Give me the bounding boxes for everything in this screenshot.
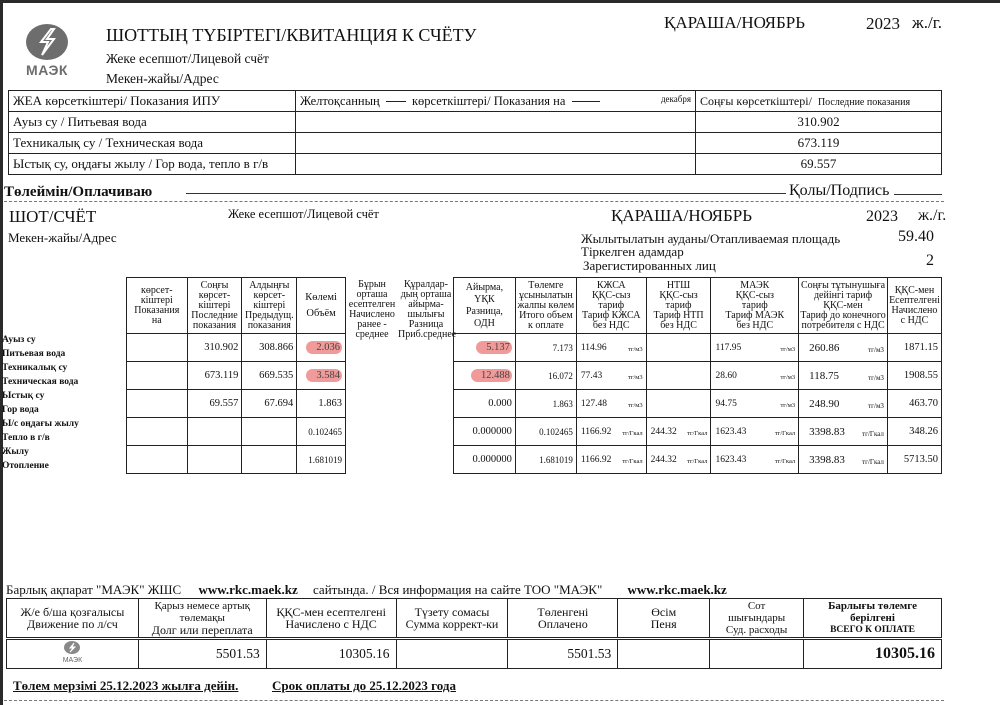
cell-volume: 1.863 (297, 390, 346, 418)
cell-diff: 0.000000 (454, 446, 516, 474)
header-total: Барлығы төлемгеберілгеніВСЕГО К ОПЛАТЕ (804, 599, 942, 639)
cell-prev: 308.866 (242, 334, 297, 362)
cell-charged: 348.26 (887, 418, 941, 446)
cell-volume: 3.584 (297, 362, 346, 390)
cell-diff: 5.137 (454, 334, 516, 362)
ipu-december-input[interactable] (296, 154, 696, 175)
ipu-december-input[interactable] (296, 112, 696, 133)
cell-maek-tariff: 1623.43тг/Гкал (711, 446, 799, 474)
service-row-label: Ы/с оңдағы жылуТепло в г/в (2, 417, 79, 445)
cell-last: 310.902 (187, 334, 242, 362)
header-ntp: НТШҚҚС-сызтарифТариф НТПбез НДС (646, 278, 711, 334)
cell-prev: 67.694 (242, 390, 297, 418)
ipu-readings-table: ЖЕА көрсеткіштері/ Показания ИПУ Желтоқс… (8, 90, 942, 175)
ipu-row: Техникалық су / Техническая вода 673.119 (9, 133, 942, 154)
meter-row: 69.55767.6941.863 (127, 390, 346, 418)
ipu-row: Ыстық су, оңдағы жылу / Гор вода, тепло … (9, 154, 942, 175)
header-correction: Түзету сомасыСумма коррект-ки (396, 599, 508, 639)
info-line: Барлық ақпарат "МАЭК" ЖШС www.rkc.maek.k… (6, 582, 727, 598)
cell-ntp-tariff (646, 362, 711, 390)
cell-final-tariff: 260.86тг/м3 (799, 334, 888, 362)
cell-diff: 12.488 (454, 362, 516, 390)
cell-pokaz (127, 418, 188, 446)
stub-title: ШОТТЫҢ ТҮБІРТЕГІ/КВИТАНЦИЯ К СЧЁТУ (106, 25, 476, 46)
summary-values-row: МАЭК 5501.53 10305.16 5501.53 10305.16 (7, 639, 942, 669)
cell-prev (242, 446, 297, 474)
signature-line[interactable] (894, 194, 942, 195)
summary-total: 10305.16 (804, 639, 942, 669)
highlighted-value: 3.584 (306, 369, 342, 382)
cell-final-tariff: 3398.83тг/Гкал (799, 418, 888, 446)
stub-month: ҚАРАША/НОЯБРЬ (664, 13, 805, 33)
cell-charged: 1908.55 (887, 362, 941, 390)
ipu-december-input[interactable] (296, 133, 696, 154)
header-device-diff: Құралдар-дың орташаайырма-шылығыРазницаП… (398, 280, 454, 340)
summary-table: Ж/е б/ша қозғалысыДвижение по л/счҚарыз … (6, 598, 942, 669)
stub-year: 2023 (866, 14, 900, 34)
bottom-cut-line (4, 700, 944, 701)
summary-court (710, 639, 804, 669)
header-earlier: БұрынорташаесептелгенНачисленоранее -сре… (346, 280, 398, 340)
cell-ntp-tariff (646, 390, 711, 418)
summary-header-row: Ж/е б/ша қозғалысыДвижение по л/счҚарыз … (7, 599, 942, 639)
lightning-bolt-icon (24, 24, 70, 60)
meter-row: 673.119669.5353.584 (127, 362, 346, 390)
cell-kzhsa-tariff: 114.96тг/м3 (576, 334, 646, 362)
cell-maek-tariff: 117.95тг/м3 (711, 334, 799, 362)
cell-prev: 669.535 (242, 362, 297, 390)
cell-pokaz (127, 390, 188, 418)
tariff-row: 12.48816.07277.43тг/м328.60тг/м3118.75тг… (454, 362, 942, 390)
meter-readings-table: көрсет-кіштеріПоказанияна Соңғыкөрсет-кі… (126, 277, 346, 474)
page-top-border (0, 0, 1000, 3)
invoice-title: ШОТ/СЧЁТ (9, 207, 96, 227)
cell-last: 673.119 (187, 362, 242, 390)
cell-pokaz (127, 446, 188, 474)
header-paid: ТөленгеніОплачено (508, 599, 618, 639)
ipu-row: Ауыз су / Питьевая вода 310.902 (9, 112, 942, 133)
residents-label-kz: Тіркелген адамдар (581, 245, 684, 258)
cell-ntp-tariff: 244.32тг/Гкал (646, 446, 711, 474)
due-date-ru: Срок оплаты до 25.12.2023 года (272, 678, 456, 694)
cell-volume: 0.102465 (297, 418, 346, 446)
header-debt: Қарыз немесе артықтөлемақыДолг или переп… (138, 599, 266, 639)
pay-amount-line[interactable] (186, 193, 786, 194)
invoice-month: ҚАРАША/НОЯБРЬ (611, 206, 752, 226)
summary-logo-cell: МАЭК (7, 639, 139, 669)
cell-final-tariff: 248.90тг/м3 (799, 390, 888, 418)
cell-total: 7.173 (515, 334, 576, 362)
header-final: Соңғы тұтынушығадейінгі тарифҚҚС-менТари… (799, 278, 888, 334)
stub-address-label: Мекен-жайы/Адрес (106, 71, 219, 87)
tariff-row: 0.0001.863127.48тг/м394.75тг/м3248.90тг/… (454, 390, 942, 418)
cell-diff: 0.000000 (454, 418, 516, 446)
cell-total: 1.863 (515, 390, 576, 418)
header-volume: КөлеміОбъём (297, 278, 346, 334)
cell-ntp-tariff (646, 334, 711, 362)
meter-row: 1.681019 (127, 446, 346, 474)
cell-final-tariff: 3398.83тг/Гкал (799, 446, 888, 474)
header-charged: ҚҚС-менЕсептелгеніНачисленос НДС (887, 278, 941, 334)
invoice-year-suffix: ж./г. (918, 207, 946, 225)
header-kzhsa: КЖСАҚҚС-сызтарифТариф КЖСАбез НДС (576, 278, 646, 334)
website-link[interactable]: www.rkc.maek.kz (628, 582, 727, 597)
cell-last: 69.557 (187, 390, 242, 418)
cell-kzhsa-tariff: 77.43тг/м3 (576, 362, 646, 390)
area-value: 59.40 (898, 228, 934, 246)
summary-debt: 5501.53 (138, 639, 266, 669)
header-total: Төлемгеұсынылатынжалпы көлемИтого объемк… (515, 278, 576, 334)
cell-diff: 0.000 (454, 390, 516, 418)
summary-paid: 5501.53 (508, 639, 618, 669)
ipu-header-row: ЖЕА көрсеткіштері/ Показания ИПУ Желтоқс… (9, 91, 942, 112)
cell-pokaz (127, 334, 188, 362)
cell-volume: 2.036 (297, 334, 346, 362)
invoice-address-label: Мекен-жайы/Адрес (8, 230, 117, 246)
ipu-header-label: ЖЕА көрсеткіштері/ Показания ИПУ (9, 91, 296, 112)
cell-pokaz (127, 362, 188, 390)
cell-last (187, 418, 242, 446)
cell-charged: 5713.50 (887, 446, 941, 474)
cell-volume: 1.681019 (297, 446, 346, 474)
ipu-header-last: Соңғы көрсеткіштері/ Последние показания (696, 91, 942, 112)
pay-label: Төлеймін/Оплачиваю (4, 184, 152, 201)
due-date-kz: Төлем мерзімі 25.12.2023 жылға дейін. (13, 678, 238, 694)
summary-correction (396, 639, 508, 669)
highlighted-value: 5.137 (476, 341, 512, 354)
header-movement: Ж/е б/ша қозғалысыДвижение по л/сч (7, 599, 139, 639)
cell-total: 1.681019 (515, 446, 576, 474)
ipu-header-december: Желтоқсанның көрсеткіштері/ Показания на… (296, 91, 696, 112)
meter-header-row: көрсет-кіштеріПоказанияна Соңғыкөрсет-кі… (127, 278, 346, 334)
highlighted-value: 2.036 (306, 341, 342, 354)
cell-last (187, 446, 242, 474)
cell-total: 16.072 (515, 362, 576, 390)
website-link[interactable]: www.rkc.maek.kz (198, 582, 297, 597)
tariff-row: 0.0000000.1024651166.92тг/Гкал244.32тг/Г… (454, 418, 942, 446)
summary-penalty (618, 639, 710, 669)
lightning-bolt-icon (64, 641, 80, 654)
tariff-row: 5.1377.173114.96тг/м3117.95тг/м3260.86тг… (454, 334, 942, 362)
cell-maek-tariff: 1623.43тг/Гкал (711, 418, 799, 446)
cell-charged: 463.70 (887, 390, 941, 418)
header-diff: Айырма,ҮҚКРазница,ОДН (454, 278, 516, 334)
header-pokaz: көрсет-кіштеріПоказанияна (127, 278, 188, 334)
cell-kzhsa-tariff: 127.48тг/м3 (576, 390, 646, 418)
header-prev: Алдыңғыкөрсет-кіштеріПредыдущ.показания (242, 278, 297, 334)
cut-line (4, 201, 944, 202)
maek-logo: МАЭК (24, 24, 70, 80)
invoice-account-label: Жеке есепшот/Лицевой счёт (228, 207, 379, 222)
meter-row: 0.102465 (127, 418, 346, 446)
tariff-row: 0.0000001.6810191166.92тг/Гкал244.32тг/Г… (454, 446, 942, 474)
stub-year-suffix: ж./г. (912, 13, 942, 33)
service-row-label: Техникалық суТехническая вода (2, 361, 78, 389)
header-last: Соңғыкөрсет-кіштеріПоследниепоказания (187, 278, 242, 334)
service-row-label: Ыстық суГор вода (2, 389, 44, 417)
highlighted-value: 12.488 (471, 369, 512, 382)
summary-charged: 10305.16 (266, 639, 396, 669)
service-row-label: Ауыз суПитьевая вода (2, 333, 65, 361)
stub-account-label: Жеке есепшот/Лицевой счёт (106, 51, 269, 67)
header-charged: ҚҚС-мен есептелгеніНачислено с НДС (266, 599, 396, 639)
header-court: СотшығындарыСуд. расходы (710, 599, 804, 639)
cell-prev (242, 418, 297, 446)
cell-maek-tariff: 94.75тг/м3 (711, 390, 799, 418)
meter-row: 310.902308.8662.036 (127, 334, 346, 362)
residents-value: 2 (926, 252, 934, 270)
cell-total: 0.102465 (515, 418, 576, 446)
logo-text: МАЭК (24, 62, 70, 78)
cell-maek-tariff: 28.60тг/м3 (711, 362, 799, 390)
cell-kzhsa-tariff: 1166.92тг/Гкал (576, 446, 646, 474)
cell-kzhsa-tariff: 1166.92тг/Гкал (576, 418, 646, 446)
cell-final-tariff: 118.75тг/м3 (799, 362, 888, 390)
invoice-year: 2023 (866, 208, 898, 226)
sign-label: Қолы/Подпись (789, 182, 889, 200)
cell-ntp-tariff: 244.32тг/Гкал (646, 418, 711, 446)
service-row-label: ЖылуОтопление (2, 445, 49, 473)
residents-label-ru: Зарегистированных лиц (583, 259, 716, 272)
header-penalty: ӨсімПеня (618, 599, 710, 639)
header-maek: МАЭКҚҚС-сызтарифТариф МАЭКбез НДС (711, 278, 799, 334)
maek-small-logo: МАЭК (57, 641, 87, 665)
tariff-table: Айырма,ҮҚКРазница,ОДН Төлемгеұсынылатынж… (453, 277, 942, 474)
cell-charged: 1871.15 (887, 334, 941, 362)
tariff-header-row: Айырма,ҮҚКРазница,ОДН Төлемгеұсынылатынж… (454, 278, 942, 334)
